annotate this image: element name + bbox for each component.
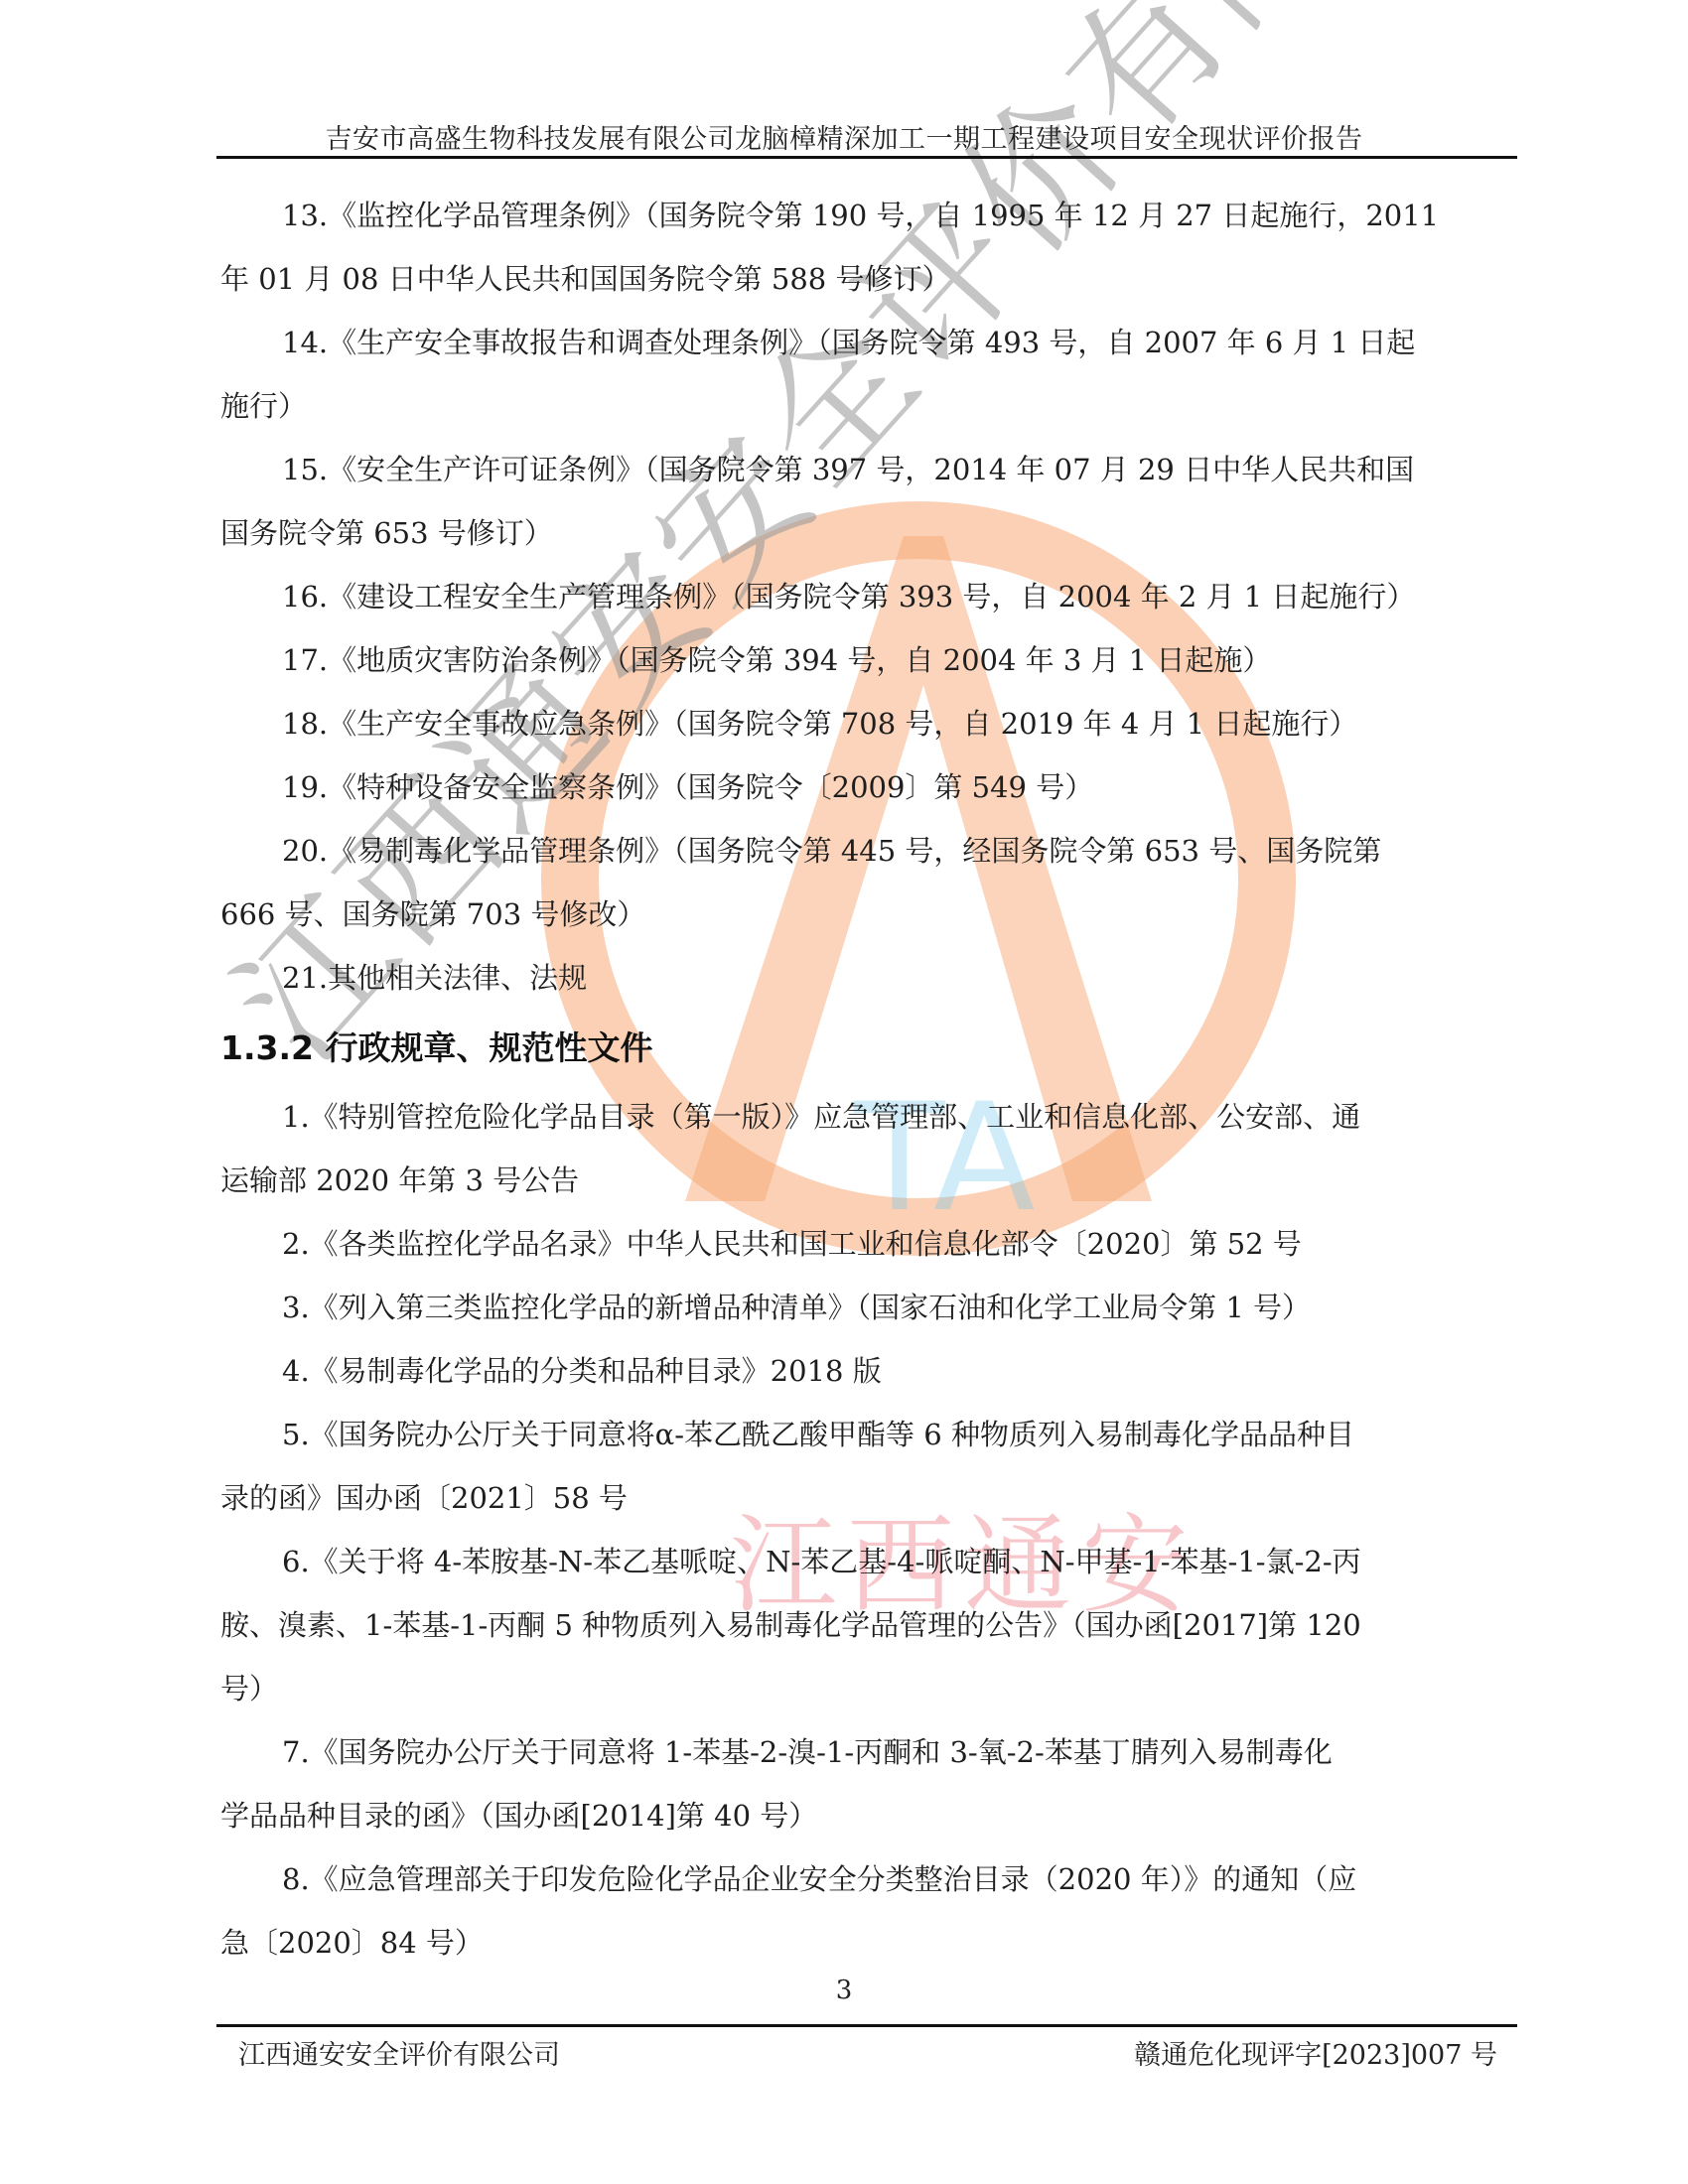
reg-item-3: 3.《列入第三类监控化学品的新增品种清单》（国家石油和化学工业局令第 1 号）: [220, 1276, 1517, 1339]
section-heading: 1.3.2 行政规章、规范性文件: [220, 1023, 652, 1069]
list-item-19: 19.《特种设备安全监察条例》（国务院令〔2009〕第 549 号）: [220, 755, 1517, 819]
reg-item-6-cont: 胺、溴素、1-苯基-1-丙酮 5 种物质列入易制毒化学品管理的公告》（国办函[2…: [220, 1593, 1517, 1657]
reg-item-7-cont: 学品品种目录的函》（国办函[2014]第 40 号）: [220, 1784, 1517, 1847]
reg-item-7: 7.《国务院办公厅关于同意将 1-苯基-2-溴-1-丙酮和 3-氧-2-苯基丁腈…: [220, 1720, 1517, 1784]
reg-item-2: 2.《各类监控化学品名录》中华人民共和国工业和信息化部令〔2020〕第 52 号: [220, 1212, 1517, 1276]
reg-item-5: 5.《国务院办公厅关于同意将α-苯乙酰乙酸甲酯等 6 种物质列入易制毒化学品品种…: [220, 1403, 1517, 1466]
list-item-13-cont: 年 01 月 08 日中华人民共和国国务院令第 588 号修订）: [220, 247, 1517, 311]
footer-doc-number: 赣通危化现评字[2023]007 号: [1134, 2033, 1497, 2072]
reg-item-6-cont2: 号）: [220, 1657, 1517, 1720]
list-item-17: 17.《地质灾害防治条例》（国务院令第 394 号，自 2004 年 3 月 1…: [220, 628, 1517, 692]
list-item-14: 14.《生产安全事故报告和调查处理条例》（国务院令第 493 号，自 2007 …: [220, 311, 1517, 374]
reg-item-6: 6.《关于将 4-苯胺基-N-苯乙基哌啶、N-苯乙基-4-哌啶酮、N-甲基-1-…: [220, 1530, 1517, 1593]
list-item-16: 16.《建设工程安全生产管理条例》（国务院令第 393 号，自 2004 年 2…: [220, 565, 1517, 628]
list-item-13: 13.《监控化学品管理条例》（国务院令第 190 号，自 1995 年 12 月…: [220, 184, 1517, 247]
reg-item-8: 8.《应急管理部关于印发危险化学品企业安全分类整治目录（2020 年）》的通知（…: [220, 1847, 1517, 1911]
list-item-15: 15.《安全生产许可证条例》（国务院令第 397 号，2014 年 07 月 2…: [220, 438, 1517, 501]
list-item-14-cont: 施行）: [220, 374, 1517, 438]
page-number: 3: [0, 1976, 1688, 2005]
document-page: TA 江西通安 江西通安安全评价有限公司 吉安市高盛生物科技发展有限公司龙脑樟精…: [0, 0, 1688, 2184]
footer-divider: [216, 2024, 1517, 2027]
list-item-20: 20.《易制毒化学品管理条例》（国务院令第 445 号，经国务院令第 653 号…: [220, 819, 1517, 883]
running-header-title: 吉安市高盛生物科技发展有限公司龙脑樟精深加工一期工程建设项目安全现状评价报告: [0, 117, 1688, 156]
list-item-15-cont: 国务院令第 653 号修订）: [220, 501, 1517, 565]
reg-item-5-cont: 录的函》国办函〔2021〕58 号: [220, 1466, 1517, 1530]
reg-item-1-cont: 运输部 2020 年第 3 号公告: [220, 1149, 1517, 1212]
list-item-20-cont: 666 号、国务院第 703 号修改）: [220, 883, 1517, 946]
reg-item-8-cont: 急〔2020〕84 号）: [220, 1911, 1517, 1975]
footer-company: 江西通安安全评价有限公司: [238, 2033, 560, 2072]
header-divider: [216, 156, 1517, 159]
list-item-18: 18.《生产安全事故应急条例》（国务院令第 708 号，自 2019 年 4 月…: [220, 692, 1517, 755]
list-item-21: 21.其他相关法律、法规: [220, 946, 1517, 1010]
reg-item-4: 4.《易制毒化学品的分类和品种目录》2018 版: [220, 1339, 1517, 1403]
reg-item-1: 1.《特别管控危险化学品目录（第一版）》应急管理部、工业和信息化部、公安部、通: [220, 1085, 1517, 1149]
